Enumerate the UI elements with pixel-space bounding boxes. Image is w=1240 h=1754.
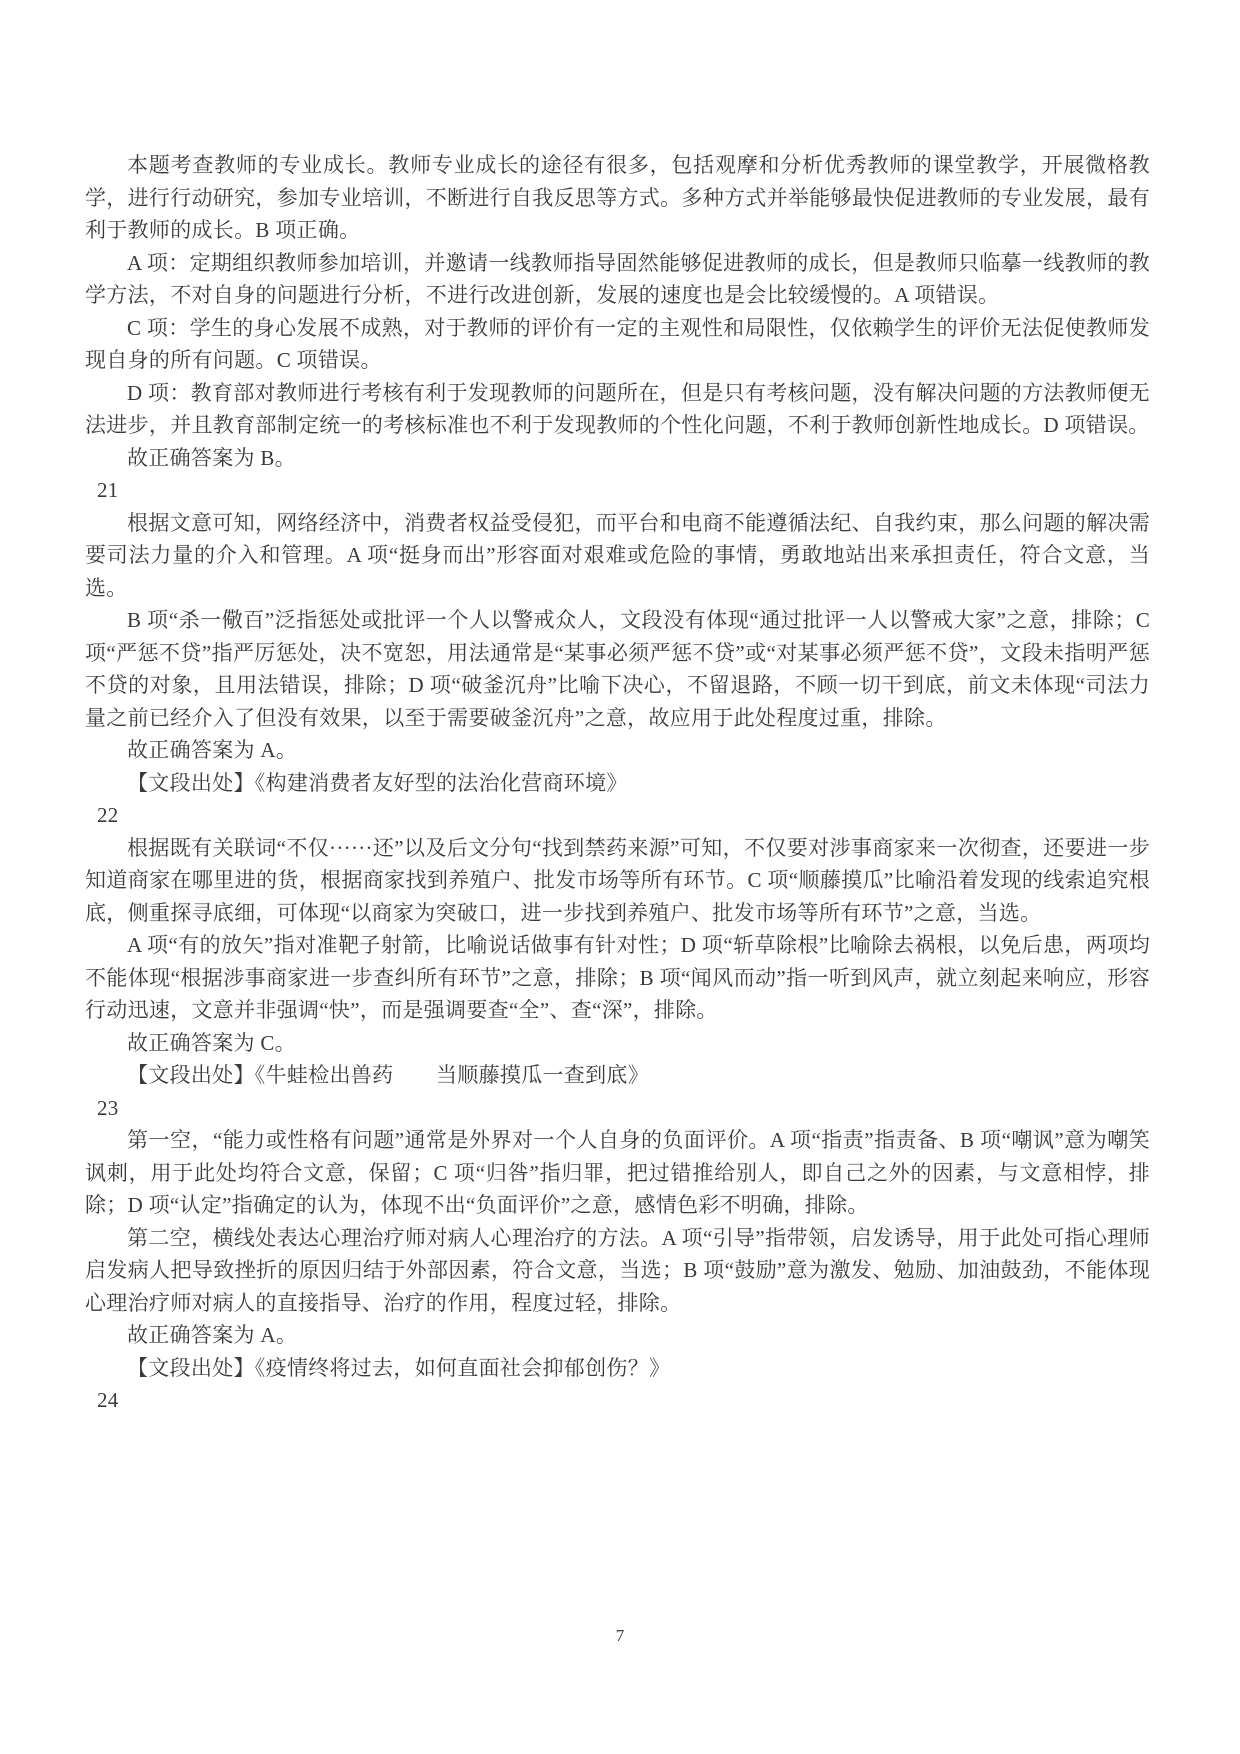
paragraph: 故正确答案为 B。 xyxy=(85,442,1150,475)
paragraph: A 项：定期组织教师参加培训，并邀请一线教师指导固然能够促进教师的成长，但是教师… xyxy=(85,247,1150,312)
paragraph: C 项：学生的身心发展不成熟，对于教师的评价有一定的主观性和局限性，仅依赖学生的… xyxy=(85,312,1150,377)
paragraph: 根据既有关联词“不仅······还”以及后文分句“找到禁药来源”可知，不仅要对涉… xyxy=(85,832,1150,930)
question-number: 21 xyxy=(85,474,1150,507)
paragraph: A 项“有的放矢”指对准靶子射箭，比喻说话做事有针对性；D 项“斩草除根”比喻除… xyxy=(85,929,1150,1027)
paragraph: 【文段出处】《构建消费者友好型的法治化营商环境》 xyxy=(85,767,1150,800)
paragraph: 第二空，横线处表达心理治疗师对病人心理治疗的方法。A 项“引导”指带领，启发诱导… xyxy=(85,1222,1150,1320)
paragraph: 故正确答案为 A。 xyxy=(85,734,1150,767)
paragraph: 【文段出处】《疫情终将过去，如何直面社会抑郁创伤？》 xyxy=(85,1352,1150,1385)
paragraph: 第一空，“能力或性格有问题”通常是外界对一个人自身的负面评价。A 项“指责”指责… xyxy=(85,1124,1150,1222)
paragraph: B 项“杀一儆百”泛指惩处或批评一个人以警戒众人，文段没有体现“通过批评一人以警… xyxy=(85,604,1150,734)
question-number: 22 xyxy=(85,799,1150,832)
paragraph: 本题考查教师的专业成长。教师专业成长的途径有很多，包括观摩和分析优秀教师的课堂教… xyxy=(85,149,1150,247)
paragraph: 根据文意可知，网络经济中，消费者权益受侵犯，而平台和电商不能遵循法纪、自我约束，… xyxy=(85,507,1150,605)
question-number: 24 xyxy=(85,1384,1150,1417)
paragraph: D 项：教育部对教师进行考核有利于发现教师的问题所在，但是只有考核问题，没有解决… xyxy=(85,377,1150,442)
question-number: 23 xyxy=(85,1092,1150,1125)
paragraph: 故正确答案为 A。 xyxy=(85,1319,1150,1352)
document-body: 本题考查教师的专业成长。教师专业成长的途径有很多，包括观摩和分析优秀教师的课堂教… xyxy=(85,149,1150,1417)
document-page: 本题考查教师的专业成长。教师专业成长的途径有很多，包括观摩和分析优秀教师的课堂教… xyxy=(0,0,1240,1754)
page-number: 7 xyxy=(0,1626,1240,1646)
paragraph: 故正确答案为 C。 xyxy=(85,1027,1150,1060)
paragraph: 【文段出处】《牛蛙检出兽药 当顺藤摸瓜一查到底》 xyxy=(85,1059,1150,1092)
